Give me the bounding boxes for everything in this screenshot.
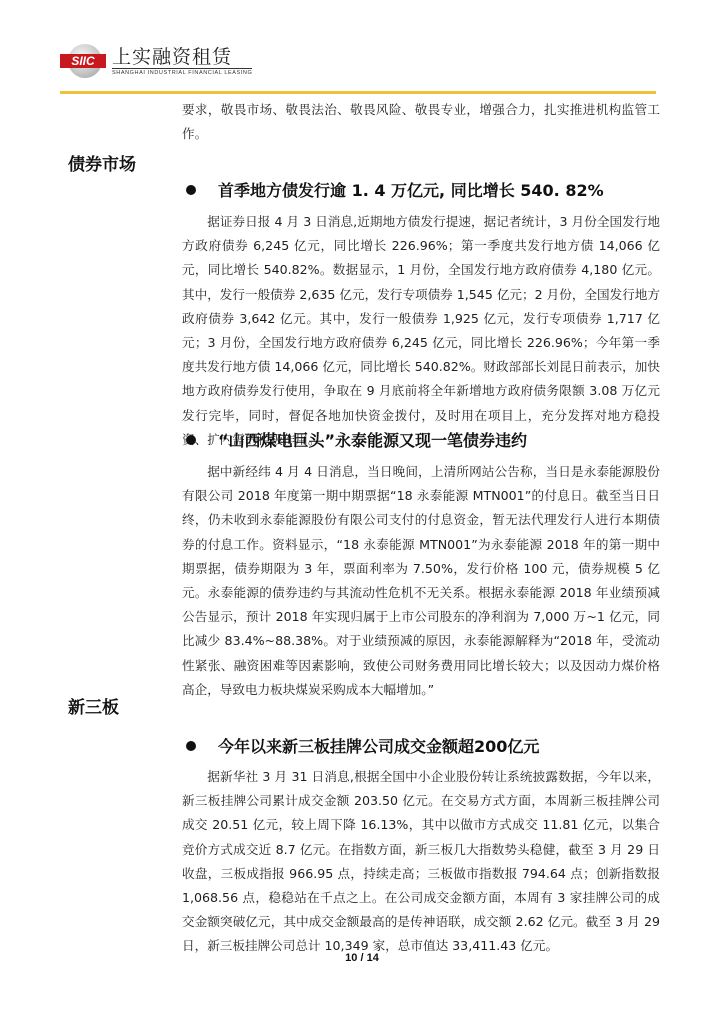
page-indicator: 10 / 14 bbox=[0, 952, 724, 964]
company-name-cn: 上实融资租赁 bbox=[112, 46, 252, 68]
news-title-text: 首季地方债发行逾 1. 4 万亿元, 同比增长 540. 82% bbox=[218, 178, 604, 201]
bullet-icon bbox=[186, 185, 196, 195]
company-name-en: SHANGHAI INDUSTRIAL FINANCIAL LEASING bbox=[112, 68, 252, 77]
page-header: SIIC 上实融资租赁 SHANGHAI INDUSTRIAL FINANCIA… bbox=[60, 42, 660, 90]
section-title-neeq: 新三板 bbox=[68, 693, 119, 718]
news-title-yongtai-default: “山西煤电巨头”永泰能源又现一笔债券违约 bbox=[186, 428, 527, 451]
logo-mark: SIIC bbox=[60, 54, 106, 68]
news-body-yongtai-default: 据中新经纬 4 月 4 日消息，当日晚间，上清所网站公告称，当日是永泰能源股份有… bbox=[182, 460, 660, 702]
news-title-text: “山西煤电巨头”永泰能源又现一笔债券违约 bbox=[218, 428, 527, 451]
header-divider bbox=[60, 91, 656, 94]
news-body-neeq-turnover: 据新华社 3 月 31 日消息,根据全国中小企业股份转让系统披露数据，今年以来，… bbox=[182, 765, 660, 959]
news-title-neeq-turnover: 今年以来新三板挂牌公司成交金额超200亿元 bbox=[186, 734, 539, 757]
news-body-local-bonds: 据证券日报 4 月 3 日消息,近期地方债发行提速，据记者统计，3 月份全国发行… bbox=[182, 210, 660, 452]
news-title-local-bonds: 首季地方债发行逾 1. 4 万亿元, 同比增长 540. 82% bbox=[186, 178, 604, 201]
company-logo: SIIC 上实融资租赁 SHANGHAI INDUSTRIAL FINANCIA… bbox=[60, 44, 252, 78]
siic-logo-icon: SIIC bbox=[60, 44, 106, 78]
section-title-bond-market: 债券市场 bbox=[68, 150, 136, 175]
intro-paragraph: 要求，敬畏市场、敬畏法治、敬畏风险、敬畏专业，增强合力，扎实推进机构监管工作。 bbox=[182, 98, 660, 146]
news-title-text: 今年以来新三板挂牌公司成交金额超200亿元 bbox=[218, 734, 539, 757]
bullet-icon bbox=[186, 741, 196, 751]
bullet-icon bbox=[186, 435, 196, 445]
